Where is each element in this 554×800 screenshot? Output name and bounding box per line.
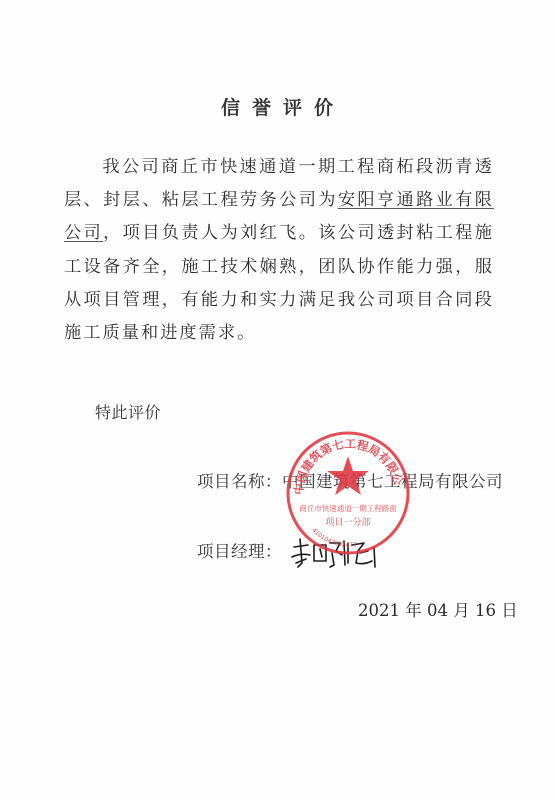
project-name-row: 项目名称：中国建筑第七工程局有限公司 — [197, 468, 503, 492]
project-name-value: 中国建筑第七工程局有限公司 — [282, 472, 503, 491]
project-manager-row: 项目经理： — [197, 538, 282, 562]
body-text-part-2: ，项目负责人为刘红飞。该公司透封粘工程施工设备齐全，施工技术娴熟，团队协作能力强… — [64, 223, 494, 343]
document-page: 信誉评价 我公司商丘市快速通道一期工程商柘段沥青透层、封层、粘层工程劳务公司为安… — [0, 0, 554, 800]
project-name-label: 项目名称： — [197, 472, 282, 491]
body-paragraph: 我公司商丘市快速通道一期工程商柘段沥青透层、封层、粘层工程劳务公司为安阳亨通路业… — [64, 151, 494, 350]
document-title: 信誉评价 — [0, 93, 554, 120]
closing-remark: 特此评价 — [95, 400, 161, 423]
handwritten-signature-icon — [288, 533, 378, 573]
svg-text:项目一分部: 项目一分部 — [325, 516, 370, 528]
svg-text:商丘市快速通道一期工程路面: 商丘市快速通道一期工程路面 — [299, 503, 397, 513]
document-date: 2021 年 04 月 16 日 — [358, 597, 518, 621]
project-manager-label: 项目经理： — [197, 542, 282, 561]
